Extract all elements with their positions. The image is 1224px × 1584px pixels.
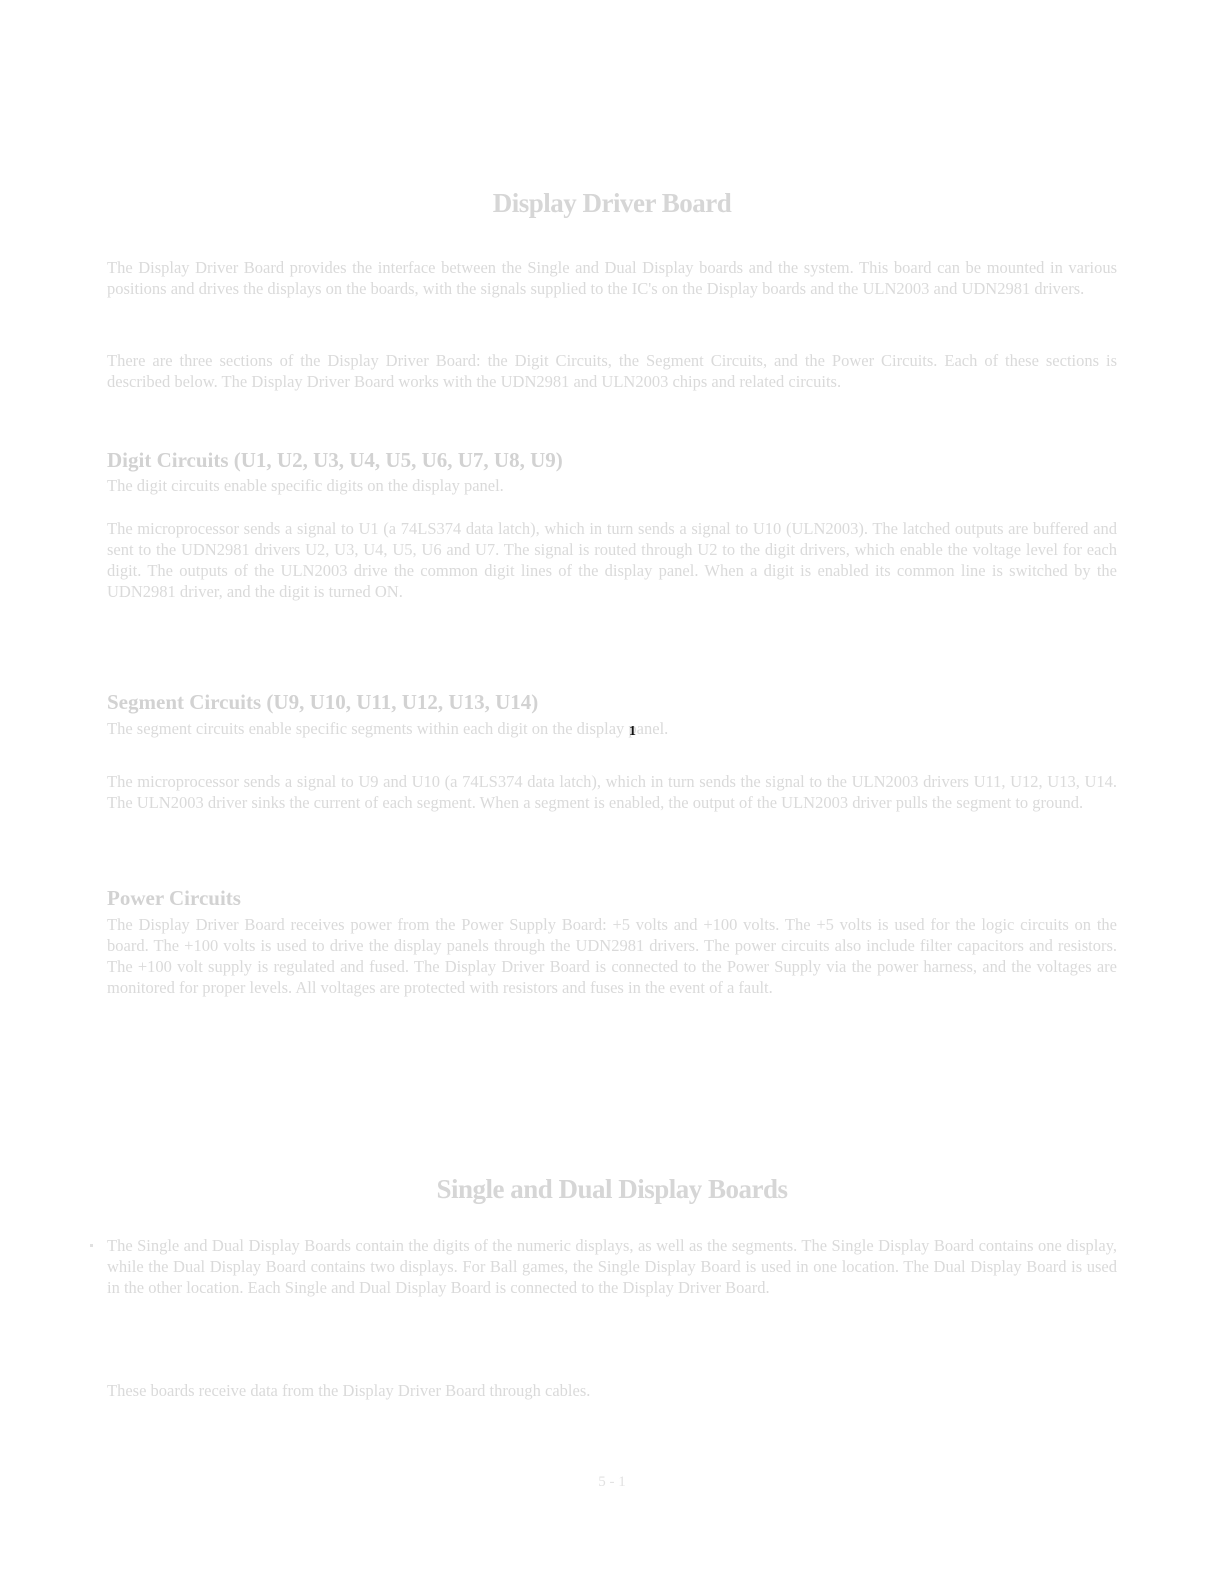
margin-bullet	[90, 1244, 93, 1247]
heading-segment-circuits: Segment Circuits (U9, U10, U11, U12, U13…	[107, 690, 538, 715]
digit-circuits-summary: The digit circuits enable specific digit…	[107, 476, 504, 496]
section-title-single-dual-display-boards: Single and Dual Display Boards	[0, 1174, 1224, 1205]
segment-circuits-summary: The segment circuits enable specific seg…	[107, 719, 668, 739]
document-page: Display Driver Board The Display Driver …	[0, 0, 1224, 1584]
page-number: 5 - 1	[0, 1474, 1224, 1491]
section-title-display-driver-board: Display Driver Board	[0, 188, 1224, 219]
segment-circuits-body: The microprocessor sends a signal to U9 …	[107, 771, 1117, 813]
page-marker: 1	[629, 724, 636, 740]
digit-circuits-body: The microprocessor sends a signal to U1 …	[107, 518, 1117, 602]
display-boards-paragraph-2: These boards receive data from the Displ…	[107, 1380, 1117, 1401]
intro-paragraph-1: The Display Driver Board provides the in…	[107, 257, 1117, 299]
heading-digit-circuits: Digit Circuits (U1, U2, U3, U4, U5, U6, …	[107, 448, 563, 473]
display-boards-paragraph-1: The Single and Dual Display Boards conta…	[107, 1235, 1117, 1298]
heading-power-circuits: Power Circuits	[107, 886, 241, 911]
intro-paragraph-2: There are three sections of the Display …	[107, 350, 1117, 392]
power-circuits-body: The Display Driver Board receives power …	[107, 914, 1117, 998]
